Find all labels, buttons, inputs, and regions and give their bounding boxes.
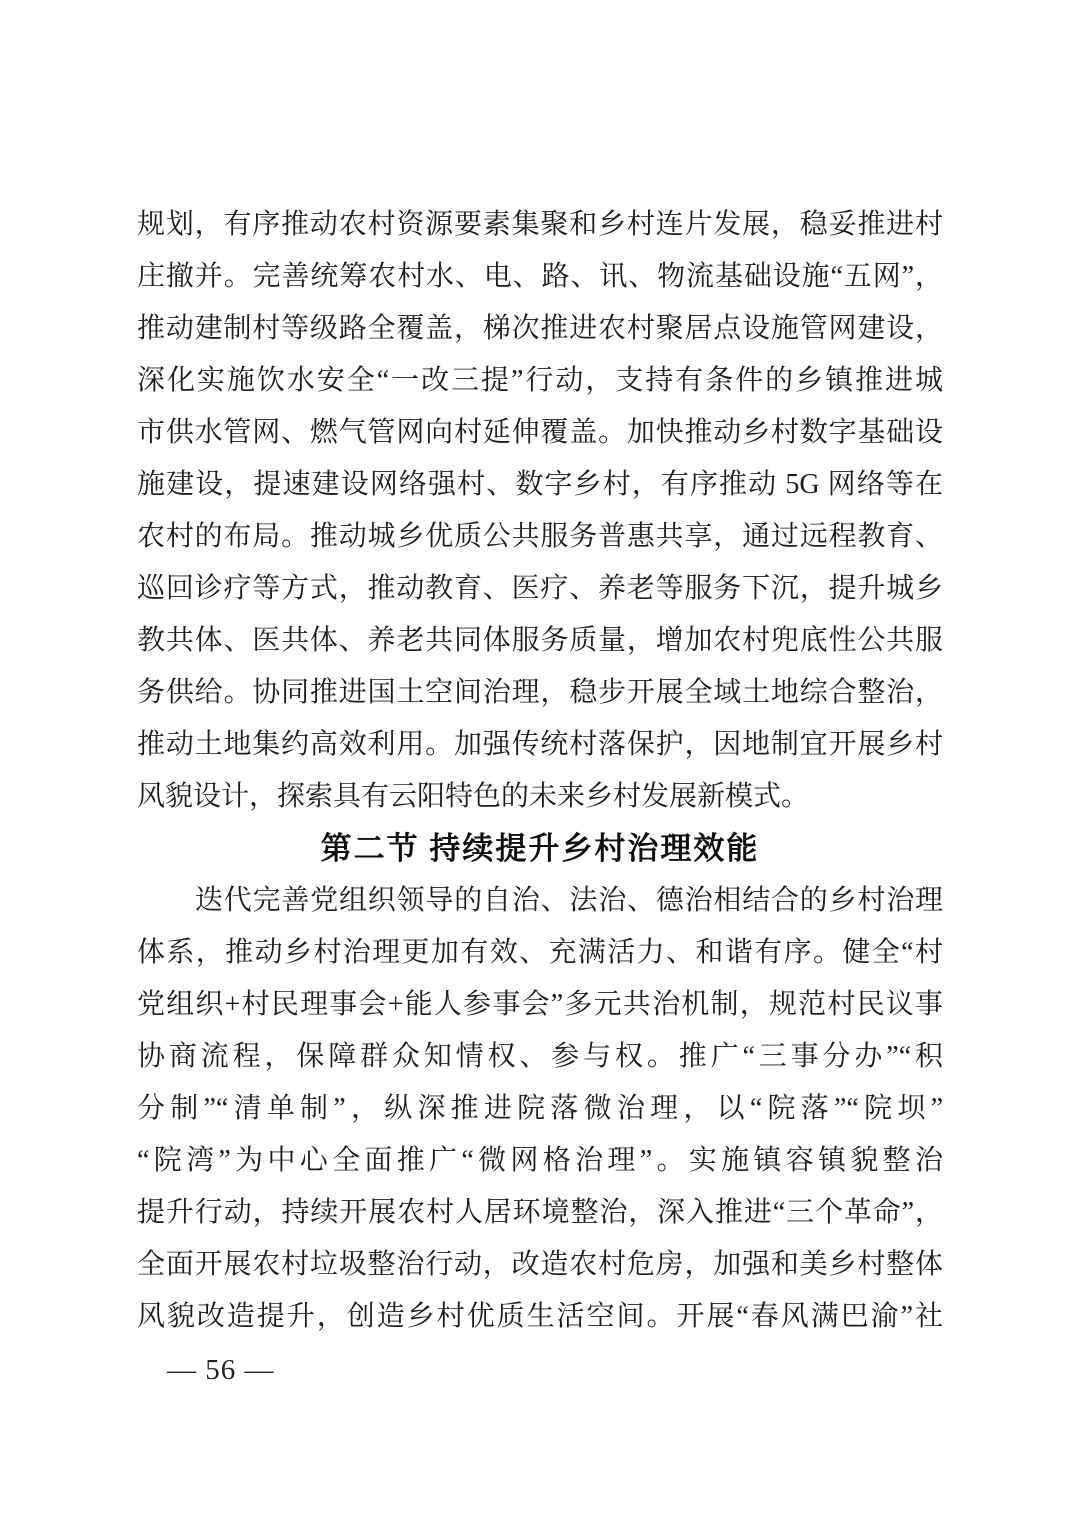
text-line: 农村的布局。推动城乡优质公共服务普惠共享，通过远程教育、 (137, 511, 943, 563)
text-block: 规划，有序推动农村资源要素集聚和乡村连片发展，稳妥推进村 庄撤并。完善统筹农村水… (137, 199, 943, 1343)
text-line: 迭代完善党组织领导的自治、法治、德治相结合的乡村治理 (137, 875, 943, 927)
text-line: 市供水管网、燃气管网向村延伸覆盖。加快推动乡村数字基础设 (137, 407, 943, 459)
document-page: 规划，有序推动农村资源要素集聚和乡村连片发展，稳妥推进村 庄撤并。完善统筹农村水… (0, 0, 1074, 1520)
page-number: — 56 — (167, 1352, 275, 1388)
text-line: 规划，有序推动农村资源要素集聚和乡村连片发展，稳妥推进村 (137, 199, 943, 251)
text-line: 党组织+村民理事会+能人参事会”多元共治机制，规范村民议事 (137, 979, 943, 1031)
text-line: 施建设，提速建设网络强村、数字乡村，有序推动 5G 网络等在 (137, 459, 943, 511)
paragraph-1: 规划，有序推动农村资源要素集聚和乡村连片发展，稳妥推进村 庄撤并。完善统筹农村水… (137, 199, 943, 823)
text-line: 全面开展农村垃圾整治行动，改造农村危房，加强和美乡村整体 (137, 1239, 943, 1291)
text-line: 分制”“清单制”，纵深推进院落微治理，以“院落”“院坝” (137, 1083, 943, 1135)
text-line: 风貌改造提升，创造乡村优质生活空间。开展“春风满巴渝”社 (137, 1291, 943, 1343)
text-line: “院湾”为中心全面推广“微网格治理”。实施镇容镇貌整治 (137, 1135, 943, 1187)
section-heading: 第二节 持续提升乡村治理效能 (137, 823, 943, 875)
text-line: 教共体、医共体、养老共同体服务质量，增加农村兜底性公共服 (137, 615, 943, 667)
text-line: 巡回诊疗等方式，推动教育、医疗、养老等服务下沉，提升城乡 (137, 563, 943, 615)
text-line: 风貌设计，探索具有云阳特色的未来乡村发展新模式。 (137, 771, 943, 823)
text-line: 推动土地集约高效利用。加强传统村落保护，因地制宜开展乡村 (137, 719, 943, 771)
text-line: 提升行动，持续开展农村人居环境整治，深入推进“三个革命”， (137, 1187, 943, 1239)
paragraph-2: 迭代完善党组织领导的自治、法治、德治相结合的乡村治理 体系，推动乡村治理更加有效… (137, 875, 943, 1343)
text-line: 深化实施饮水安全“一改三提”行动，支持有条件的乡镇推进城 (137, 355, 943, 407)
text-line: 推动建制村等级路全覆盖，梯次推进农村聚居点设施管网建设， (137, 303, 943, 355)
text-line: 庄撤并。完善统筹农村水、电、路、讯、物流基础设施“五网”， (137, 251, 943, 303)
text-line: 务供给。协同推进国土空间治理，稳步开展全域土地综合整治， (137, 667, 943, 719)
text-line: 体系，推动乡村治理更加有效、充满活力、和谐有序。健全“村 (137, 927, 943, 979)
text-line: 协商流程，保障群众知情权、参与权。推广“三事分办”“积 (137, 1031, 943, 1083)
